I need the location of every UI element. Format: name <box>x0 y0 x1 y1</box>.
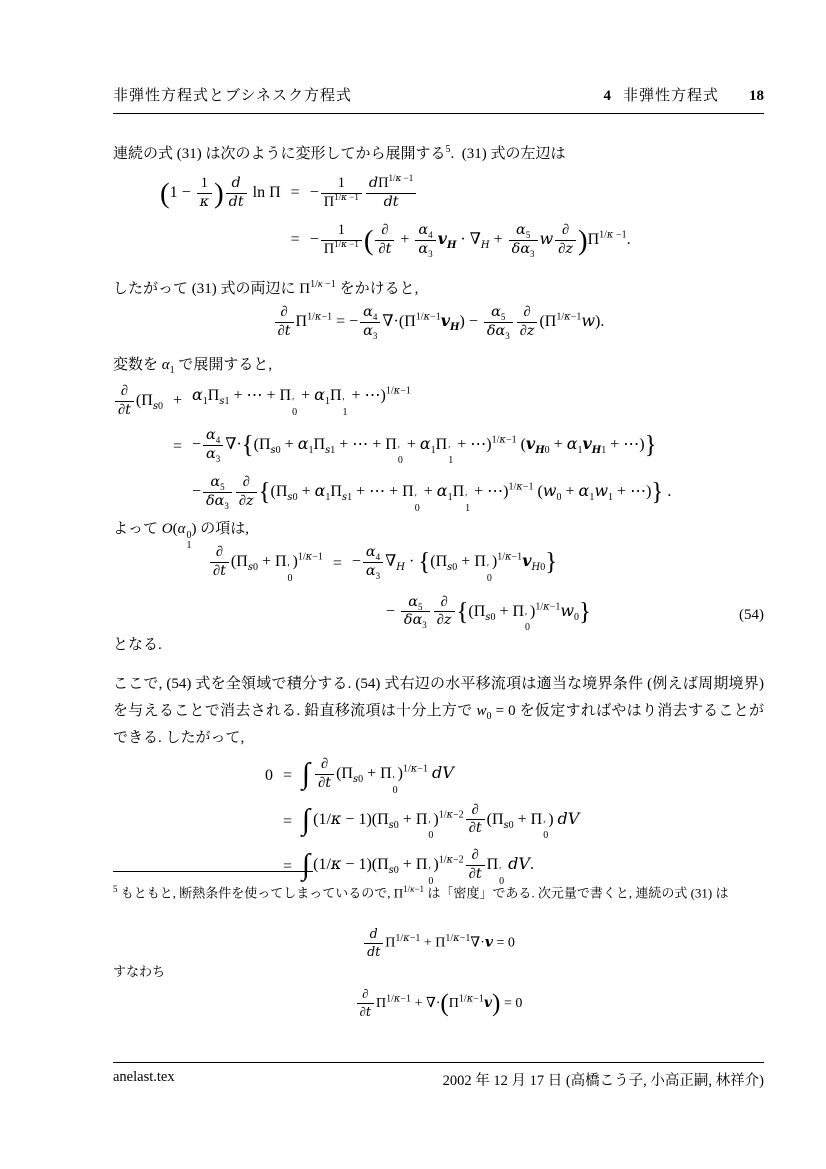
footnote-equation-1: ddtΠ1/κ−1 + Π1/κ−1∇·v = 0 <box>113 927 764 960</box>
equation-lhs-expansion: (1 − 1κ)ddt ln Π = −1Π1/κ −1dΠ1/κ −1dt =… <box>113 176 764 257</box>
eq-cell-rhs: −1Π1/κ −1(∂∂t + α4α3vH · ∇H + α5δα3w∂∂z)… <box>310 223 631 258</box>
footer-rule <box>113 1062 764 1063</box>
eq-cell-rhs: −α4α3∇·{(Πs0 + α1Πs1 + ⋯ + Π′0 + α1Π′1 +… <box>192 428 671 467</box>
paragraph-integrate: ここで, (54) 式を全領域で積分する. (54) 式右辺の水平移流項は適当な… <box>113 671 764 752</box>
header-running-title: 非弾性方程式とブシネスク方程式 <box>113 84 352 105</box>
eq-cell-rhs: −α4α3∇H · {(Πs0 + Π′0)1/κ−1vH0} <box>352 545 591 584</box>
eq-cell-rhs: ∫∂∂t(Πs0 + Π′0)1/κ−1 dV <box>302 757 579 796</box>
eq-cell-sign: = <box>323 555 352 573</box>
equation-grid: ∂∂t(Πs0 + α1Πs1 + ⋯ + Π′0 + α1Π′1 + ⋯)1/… <box>113 384 764 514</box>
page-footer: anelast.tex 2002 年 12 月 17 日 (高橋こう子, 小高正… <box>113 1069 764 1090</box>
footnote-sunawachi: すなわち <box>113 961 764 983</box>
paragraph-expand-alpha: 変数を α1 で展開すると, <box>113 352 764 379</box>
footnote-equation-2: ∂∂tΠ1/κ−1 + ∇·(Π1/κ−1v) = 0 <box>113 988 764 1020</box>
footer-date-authors: 2002 年 12 月 17 日 (高橋こう子, 小高正嗣, 林祥介) <box>443 1069 764 1090</box>
eq-cell-sign: = <box>281 184 310 202</box>
equation-grid: (1 − 1κ)ddt ln Π = −1Π1/κ −1dΠ1/κ −1dt =… <box>160 176 764 257</box>
paragraph-intro: 連続の式 (31) は次のように変形してから展開する5. (31) 式の左辺は <box>113 141 764 168</box>
equation-pi-continuity: ∂∂tΠ1/κ−1 = −α4α3∇·(Π1/κ−1vH) − α5δα3∂∂z… <box>113 305 764 340</box>
eq-continuation: − α5δα3∂∂z{(Πs0 + Π′0)1/κ−1w0} <box>352 595 591 634</box>
eq-cell-lhs: (1 − 1κ)ddt ln Π <box>160 176 281 211</box>
paragraph-multiply: したがって (31) 式の両辺に Π1/κ −1 をかけると, <box>113 276 764 303</box>
eq-cell-rhs: −α5δα3∂∂z{(Πs0 + α1Πs1 + ⋯ + Π′0 + α1Π′1… <box>192 475 671 514</box>
equation-54: ∂∂t(Πs0 + Π′0)1/κ−1 = −α4α3∇H · {(Πs0 + … <box>113 545 764 633</box>
eq-cell-sign: = <box>273 813 302 831</box>
equation-series-expansion: ∂∂t(Πs0 + α1Πs1 + ⋯ + Π′0 + α1Π′1 + ⋯)1/… <box>113 384 764 514</box>
equation-grid: ∂∂t(Πs0 + Π′0)1/κ−1 = −α4α3∇H · {(Πs0 + … <box>208 545 764 633</box>
header-section-title: 非弾性方程式 <box>623 84 719 105</box>
header-section: 4 非弾性方程式 18 <box>603 84 764 105</box>
eq-cell-lhs: 0 <box>265 767 273 785</box>
equation-number-54: (54) <box>739 607 764 624</box>
paragraph-tonaru: となる. <box>113 632 764 659</box>
eq-cell-lhs: ∂∂t(Πs0 <box>113 384 163 419</box>
eq-cell-rhs: −1Π1/κ −1dΠ1/κ −1dt <box>310 176 631 211</box>
eq-cell-rhs: α1Πs1 + ⋯ + Π′0 + α1Π′1 + ⋯)1/κ−1 <box>192 385 671 418</box>
eq-cell-lhs: ∂∂t(Πs0 + Π′0)1/κ−1 <box>208 545 323 584</box>
eq-cell-sign: = <box>281 231 310 249</box>
equation-grid: 0 = ∫∂∂t(Πs0 + Π′0)1/κ−1 dV = ∫(1/κ − 1)… <box>265 757 764 887</box>
eq-cell-sign: + <box>163 392 192 410</box>
eq-cell-sign: = <box>273 858 302 876</box>
page-header: 非弾性方程式とブシネスク方程式 4 非弾性方程式 18 <box>113 84 764 114</box>
equation-volume-integral: 0 = ∫∂∂t(Πs0 + Π′0)1/κ−1 dV = ∫(1/κ − 1)… <box>113 757 764 887</box>
header-section-number: 4 <box>603 88 611 105</box>
footnote-text: 5 もともと, 断熱条件を使ってしまっているので, Π1/κ−1 は「密度」であ… <box>113 878 764 904</box>
eq-cell-rhs: ∫(1/κ − 1)(Πs0 + Π′0)1/κ−2∂∂t(Πs0 + Π′0)… <box>302 803 579 842</box>
footer-filename: anelast.tex <box>113 1069 175 1090</box>
eq-cell-sign: = <box>273 767 302 785</box>
eq-cell-sign: = <box>163 438 192 456</box>
eq-cell-rhs: − α5δα3∂∂z{(Πs0 + Π′0)1/κ−1w0} <box>352 595 591 634</box>
footnote-rule <box>113 871 313 872</box>
header-page-number: 18 <box>749 88 764 105</box>
document-page: 非弾性方程式とブシネスク方程式 4 非弾性方程式 18 連続の式 (31) は次… <box>0 0 826 1169</box>
